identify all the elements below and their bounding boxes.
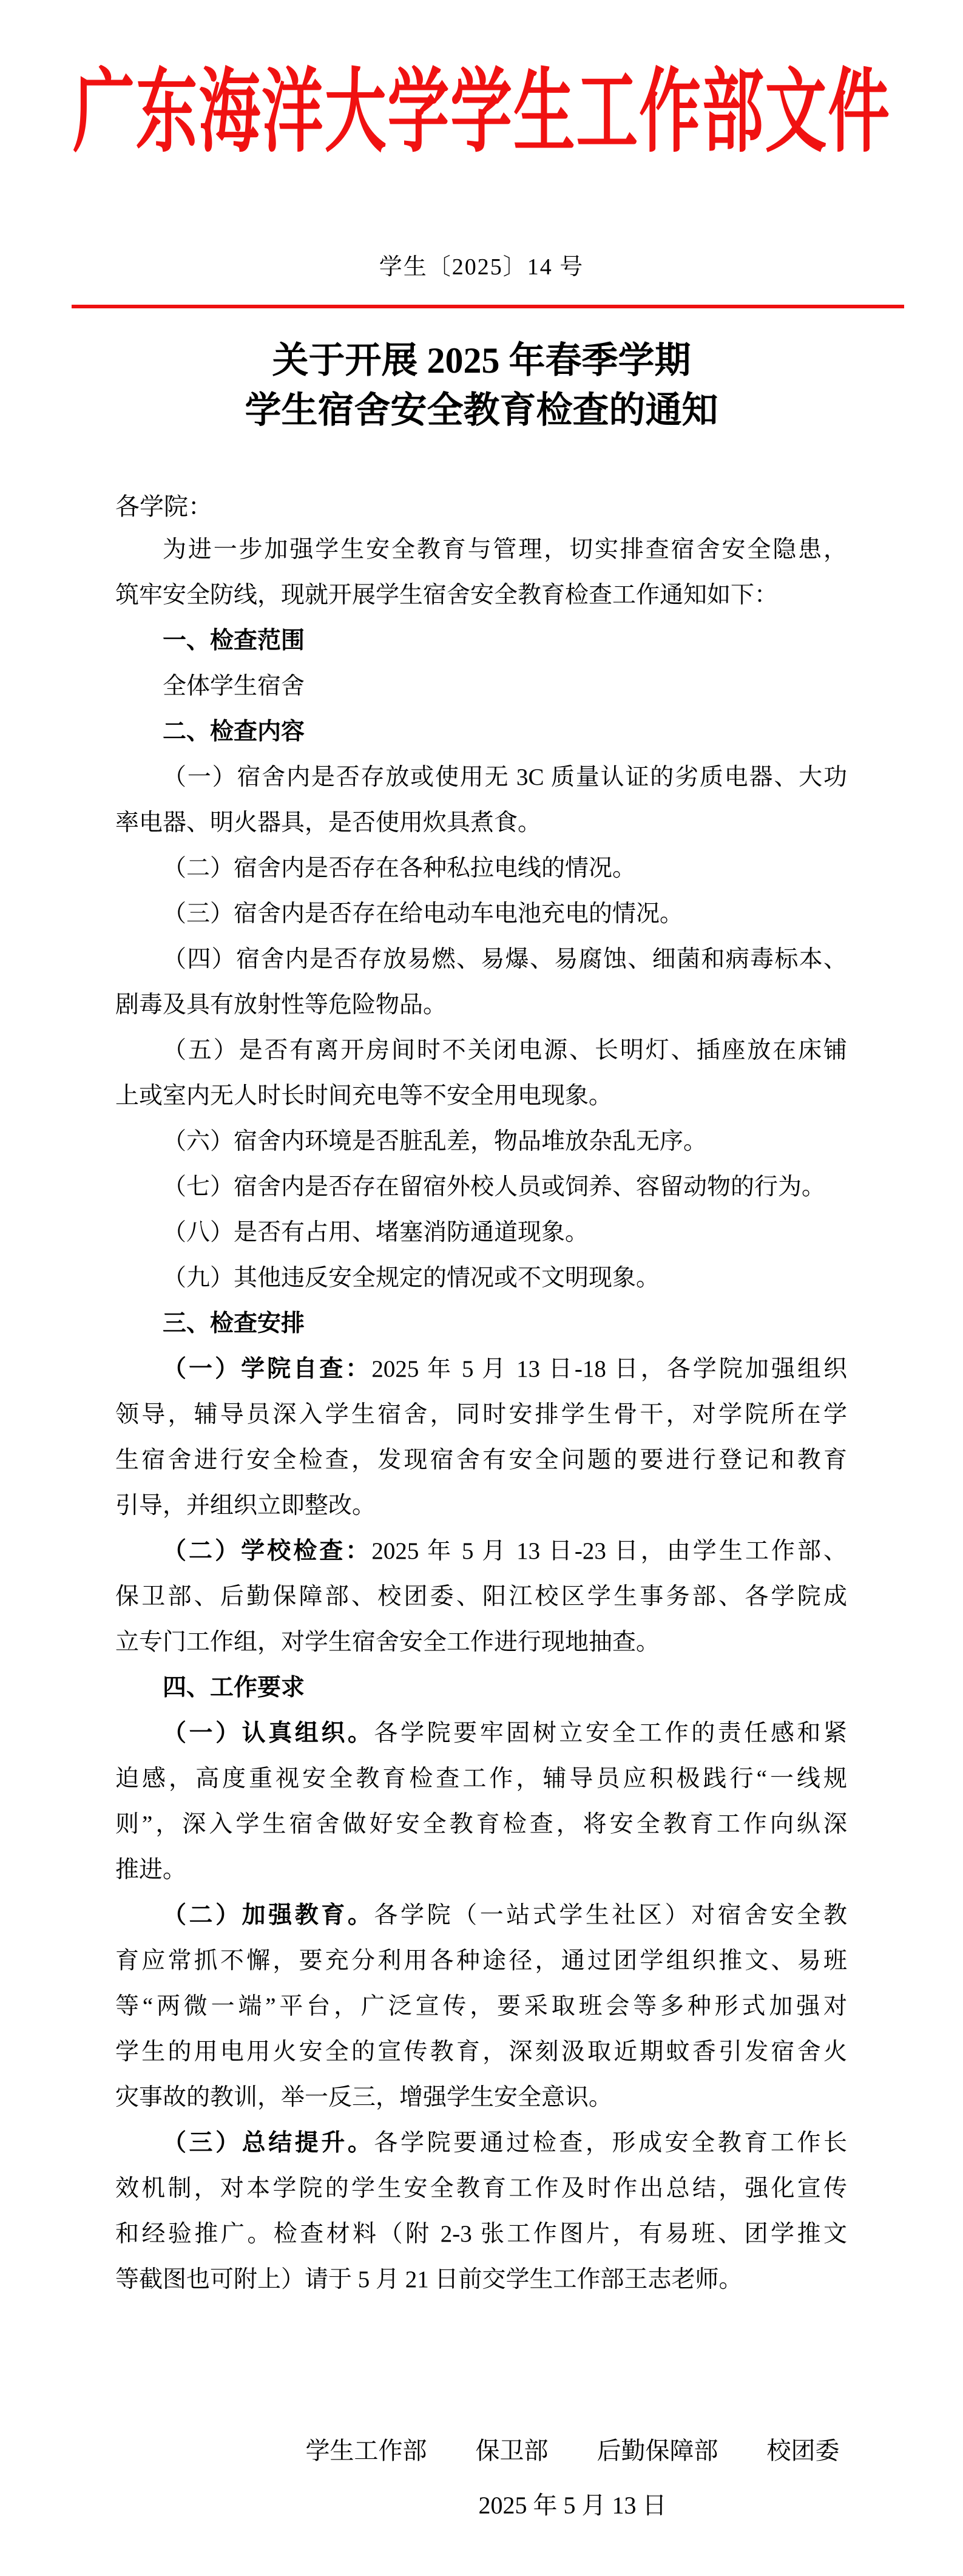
notice-title-line2: 学生宿舍安全教育检查的通知	[0, 385, 963, 435]
body-line: 立专门工作组，对学生宿舍安全工作进行现地抽查。	[115, 1619, 847, 1665]
body-line: 为进一步加强学生安全教育与管理，切实排查宿舍安全隐患，	[115, 527, 847, 572]
body-line-bold-text: （三）总结提升。	[163, 2130, 374, 2156]
body-line: （八）是否有占用、堵塞消防通道现象。	[115, 1210, 847, 1255]
body-line-bold-text: （一）认真组织。	[163, 1720, 374, 1746]
issue-date: 2025 年 5 月 13 日	[182, 2486, 963, 2521]
body-line-text: 各学院（一站式学生社区）对宿舍安全教	[374, 1902, 847, 1928]
body-line: 率电器、明火器具，是否使用炊具煮食。	[115, 800, 847, 846]
body-line-text: 2025 年 5 月 13 日-18 日，各学院加强组织	[371, 1356, 847, 1382]
body-line-text: 领导，辅导员深入学生宿舍，同时安排学生骨干，对学院所在学	[115, 1402, 847, 1428]
red-divider	[72, 305, 904, 308]
body-line: 则”，深入学生宿舍做好安全教育检查，将安全教育工作向纵深	[115, 1802, 847, 1847]
body-line-text: 2025 年 5 月 13 日-23 日，由学生工作部、	[371, 1538, 847, 1564]
body-line-bold-text: 一、检查范围	[163, 628, 305, 654]
body-line: （三）总结提升。各学院要通过检查，形成安全教育工作长	[115, 2120, 847, 2166]
body-line-text: 生宿舍进行安全检查，发现宿舍有安全问题的要进行登记和教育	[115, 1447, 847, 1473]
body-lines: 为进一步加强学生安全教育与管理，切实排查宿舍安全隐患，筑牢安全防线，现就开展学生…	[115, 527, 847, 2302]
body-line-bold-text: （一）学院自查：	[163, 1356, 371, 1382]
body-line-text: 育应常抓不懈，要充分利用各种途径，通过团学组织推文、易班	[115, 1948, 847, 1974]
body-line: 和经验推广。检查材料（附 2-3 张工作图片，有易班、团学推文	[115, 2211, 847, 2257]
body-line-text: 等“两微一端”平台，广泛宣传，要采取班会等多种形式加强对	[115, 1993, 847, 2019]
body-line: 等“两微一端”平台，广泛宣传，要采取班会等多种形式加强对	[115, 1984, 847, 2029]
body-line: （二）加强教育。各学院（一站式学生社区）对宿舍安全教	[115, 1893, 847, 1938]
salutation: 各学院：	[115, 493, 212, 521]
body-line-text: 学生的用电用火安全的宣传教育，深刻汲取近期蚊香引发宿舍火	[115, 2039, 847, 2065]
body-line: 领导，辅导员深入学生宿舍，同时安排学生骨干，对学院所在学	[115, 1392, 847, 1437]
notice-title: 关于开展 2025 年春季学期 学生宿舍安全教育检查的通知	[0, 336, 963, 435]
body-line: （四）宿舍内是否存放易燃、易爆、易腐蚀、细菌和病毒标本、	[115, 937, 847, 982]
body-line: （二）宿舍内是否存在各种私拉电线的情况。	[115, 846, 847, 891]
body-line: （二）学校检查：2025 年 5 月 13 日-23 日，由学生工作部、	[115, 1528, 847, 1574]
body-line: 效机制，对本学院的学生安全教育工作及时作出总结，强化宣传	[115, 2166, 847, 2211]
body-line-text: 灾事故的教训，举一反三，增强学生安全意识。	[115, 2084, 612, 2110]
body-line: 剧毒及具有放射性等危险物品。	[115, 982, 847, 1028]
body-line: 二、检查内容	[115, 709, 847, 754]
body-line: （一）宿舍内是否存放或使用无 3C 质量认证的劣质电器、大功	[115, 754, 847, 800]
body-line-text: （九）其他违反安全规定的情况或不文明现象。	[163, 1265, 660, 1291]
body-line: 筑牢安全防线，现就开展学生宿舍安全教育检查工作通知如下：	[115, 572, 847, 618]
body-line: 等截图也可附上）请于 5 月 21 日前交学生工作部王志老师。	[115, 2257, 847, 2302]
body-line: 灾事故的教训，举一反三，增强学生安全意识。	[115, 2075, 847, 2120]
body-line-bold-text: 三、检查安排	[163, 1310, 305, 1337]
signature-departments: 学生工作部 保卫部 后勤保障部 校团委	[182, 2432, 963, 2466]
body-line-text: 等截图也可附上）请于 5 月 21 日前交学生工作部王志老师。	[115, 2266, 743, 2293]
body-line-text: （二）宿舍内是否存在各种私拉电线的情况。	[163, 855, 636, 881]
body-line: 育应常抓不懈，要充分利用各种途径，通过团学组织推文、易班	[115, 1938, 847, 1984]
body-line-text: （七）宿舍内是否存在留宿外校人员或饲养、容留动物的行为。	[163, 1174, 825, 1200]
document-masthead: 广东海洋大学学生工作部文件	[0, 58, 963, 151]
body-line: 三、检查安排	[115, 1301, 847, 1346]
body-line-text: （四）宿舍内是否存放易燃、易爆、易腐蚀、细菌和病毒标本、	[163, 946, 847, 972]
body-line-text: 筑牢安全防线，现就开展学生宿舍安全教育检查工作通知如下：	[115, 582, 778, 608]
body-line-text: 则”，深入学生宿舍做好安全教育检查，将安全教育工作向纵深	[115, 1811, 847, 1837]
body-line: 学生的用电用火安全的宣传教育，深刻汲取近期蚊香引发宿舍火	[115, 2029, 847, 2075]
body-line: 迫感，高度重视安全教育检查工作，辅导员应积极践行“一线规	[115, 1756, 847, 1802]
body-line-text: （六）宿舍内环境是否脏乱差，物品堆放杂乱无序。	[163, 1128, 707, 1154]
body-line-bold-text: （二）学校检查：	[163, 1538, 371, 1564]
body-line: 保卫部、后勤保障部、校团委、阳江校区学生事务部、各学院成	[115, 1574, 847, 1619]
body-line-text: 和经验推广。检查材料（附 2-3 张工作图片，有易班、团学推文	[115, 2221, 847, 2247]
body-line-text: 引导，并组织立即整改。	[115, 1493, 376, 1519]
body-line-text: 各学院要牢固树立安全工作的责任感和紧	[374, 1720, 847, 1746]
document-number: 学生〔2025〕14 号	[0, 248, 963, 281]
body-line: （九）其他违反安全规定的情况或不文明现象。	[115, 1255, 847, 1301]
body-line-bold-text: 二、检查内容	[163, 719, 305, 745]
body-line: （一）学院自查：2025 年 5 月 13 日-18 日，各学院加强组织	[115, 1346, 847, 1392]
body-line: 推进。	[115, 1847, 847, 1893]
body-line-text: 效机制，对本学院的学生安全教育工作及时作出总结，强化宣传	[115, 2175, 847, 2201]
body-line: 引导，并组织立即整改。	[115, 1483, 847, 1528]
masthead-title: 广东海洋大学学生工作部文件	[73, 39, 891, 170]
body-line-text: （三）宿舍内是否存在给电动车电池充电的情况。	[163, 901, 683, 927]
body-line-bold-text: 四、工作要求	[163, 1675, 305, 1701]
body-line: （一）认真组织。各学院要牢固树立安全工作的责任感和紧	[115, 1710, 847, 1756]
body-line-text: 推进。	[115, 1857, 186, 1883]
body-line-text: 上或室内无人时长时间充电等不安全用电现象。	[115, 1083, 612, 1109]
body-line: （七）宿舍内是否存在留宿外校人员或饲养、容留动物的行为。	[115, 1164, 847, 1210]
body-line: 生宿舍进行安全检查，发现宿舍有安全问题的要进行登记和教育	[115, 1437, 847, 1483]
body-line: 四、工作要求	[115, 1665, 847, 1710]
body-line: 上或室内无人时长时间充电等不安全用电现象。	[115, 1073, 847, 1119]
body-line: 全体学生宿舍	[115, 663, 847, 709]
body-line-text: （一）宿舍内是否存放或使用无 3C 质量认证的劣质电器、大功	[163, 764, 847, 790]
body-line: （三）宿舍内是否存在给电动车电池充电的情况。	[115, 891, 847, 937]
body-line-text: 立专门工作组，对学生宿舍安全工作进行现地抽查。	[115, 1629, 660, 1655]
body-line-text: 剧毒及具有放射性等危险物品。	[115, 992, 447, 1018]
body-line-text: 全体学生宿舍	[163, 673, 305, 699]
official-document-page: { "colors": { "masthead_red": "#f01111",…	[0, 0, 963, 2576]
body-line-text: （八）是否有占用、堵塞消防通道现象。	[163, 1219, 589, 1246]
body-line: 一、检查范围	[115, 618, 847, 663]
notice-title-line1: 关于开展 2025 年春季学期	[0, 336, 963, 385]
body-line-text: 率电器、明火器具，是否使用炊具煮食。	[115, 810, 541, 836]
body-line-bold-text: （二）加强教育。	[163, 1902, 374, 1928]
body-line-text: 迫感，高度重视安全教育检查工作，辅导员应积极践行“一线规	[115, 1766, 847, 1792]
body-line-text: 为进一步加强学生安全教育与管理，切实排查宿舍安全隐患，	[163, 537, 847, 563]
body-line-text: 各学院要通过检查，形成安全教育工作长	[374, 2130, 847, 2156]
body-line: （五）是否有离开房间时不关闭电源、长明灯、插座放在床铺	[115, 1028, 847, 1073]
body-line-text: （五）是否有离开房间时不关闭电源、长明灯、插座放在床铺	[163, 1037, 847, 1063]
body-line: （六）宿舍内环境是否脏乱差，物品堆放杂乱无序。	[115, 1119, 847, 1164]
body-line-text: 保卫部、后勤保障部、校团委、阳江校区学生事务部、各学院成	[115, 1584, 847, 1610]
